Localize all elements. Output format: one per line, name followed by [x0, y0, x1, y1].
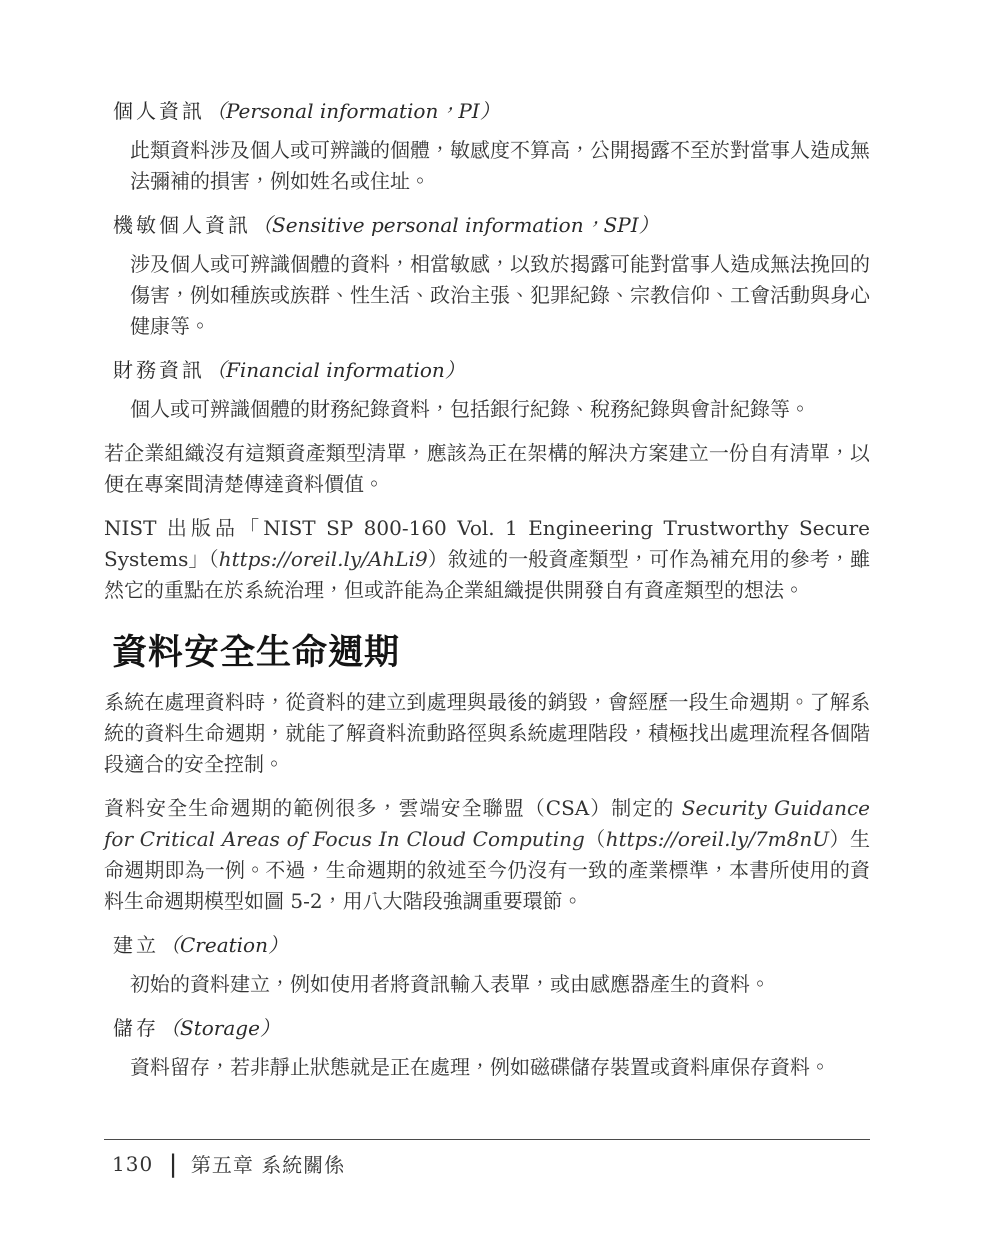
term-heading: 儲存（Storage） [104, 1013, 870, 1044]
term-block-sensitive-personal-information: 機敏個人資訊（Sensitive personal information，SP… [104, 210, 870, 342]
term-definition: 此類資料涉及個人或可辨識的個體，敏感度不算高，公開揭露不至於對當事人造成無法彌補… [104, 135, 870, 197]
term-definition: 個人或可辨識個體的財務紀錄資料，包括銀行紀錄、稅務紀錄與會計紀錄等。 [104, 394, 870, 425]
term-block-financial-information: 財務資訊（Financial information） 個人或可辨識個體的財務紀… [104, 355, 870, 425]
footer-divider [104, 1139, 870, 1140]
term-block-storage: 儲存（Storage） 資料留存，若非靜止狀態就是正在處理，例如磁碟儲存裝置或資… [104, 1013, 870, 1083]
term-block-personal-information: 個人資訊（Personal information，PI） 此類資料涉及個人或可… [104, 96, 870, 197]
term-en: （Sensitive personal information，SPI） [252, 213, 659, 237]
paragraph-csa-lifecycle: 資料安全生命週期的範例很多，雲端安全聯盟（CSA）制定的 Security Gu… [104, 793, 870, 917]
term-zh: 建立 [113, 933, 159, 957]
page-number: 130 [112, 1152, 153, 1176]
term-zh: 財務資訊 [113, 358, 205, 382]
term-zh: 個人資訊 [113, 99, 205, 123]
footer-line: 130 | 第五章 系統關係 [104, 1149, 870, 1178]
page-content: 個人資訊（Personal information，PI） 此類資料涉及個人或可… [104, 96, 870, 1096]
term-zh: 機敏個人資訊 [113, 213, 251, 237]
term-heading: 建立（Creation） [104, 930, 870, 961]
term-en: （Personal information，PI） [206, 99, 500, 123]
term-definition: 初始的資料建立，例如使用者將資訊輸入表單，或由感應器產生的資料。 [104, 969, 870, 1000]
term-definition: 涉及個人或可辨識個體的資料，相當敏感，以致於揭露可能對當事人造成無法挽回的傷害，… [104, 249, 870, 342]
term-heading: 機敏個人資訊（Sensitive personal information，SP… [104, 210, 870, 241]
book-page: 個人資訊（Personal information，PI） 此類資料涉及個人或可… [0, 0, 1000, 1242]
page-footer: 130 | 第五章 系統關係 [104, 1139, 870, 1178]
term-heading: 財務資訊（Financial information） [104, 355, 870, 386]
term-en: （Financial information） [206, 358, 465, 382]
term-en: （Creation） [160, 933, 288, 957]
paragraph-asset-list: 若企業組織沒有這類資產類型清單，應該為正在架構的解決方案建立一份自有清單，以便在… [104, 438, 870, 500]
chapter-title: 第五章 系統關係 [191, 1149, 345, 1178]
paragraph-nist-reference: NIST 出版品「NIST SP 800-160 Vol. 1 Engineer… [104, 513, 870, 606]
term-block-creation: 建立（Creation） 初始的資料建立，例如使用者將資訊輸入表單，或由感應器產… [104, 930, 870, 1000]
term-definition: 資料留存，若非靜止狀態就是正在處理，例如磁碟儲存裝置或資料庫保存資料。 [104, 1052, 870, 1083]
term-heading: 個人資訊（Personal information，PI） [104, 96, 870, 127]
term-en: （Storage） [160, 1016, 280, 1040]
section-heading-data-security-lifecycle: 資料安全生命週期 [104, 633, 870, 673]
term-zh: 儲存 [113, 1016, 159, 1040]
footer-separator-bar: | [169, 1149, 177, 1178]
paragraph-lifecycle-intro: 系統在處理資料時，從資料的建立到處理與最後的銷毀，會經歷一段生命週期。了解系統的… [104, 687, 870, 780]
